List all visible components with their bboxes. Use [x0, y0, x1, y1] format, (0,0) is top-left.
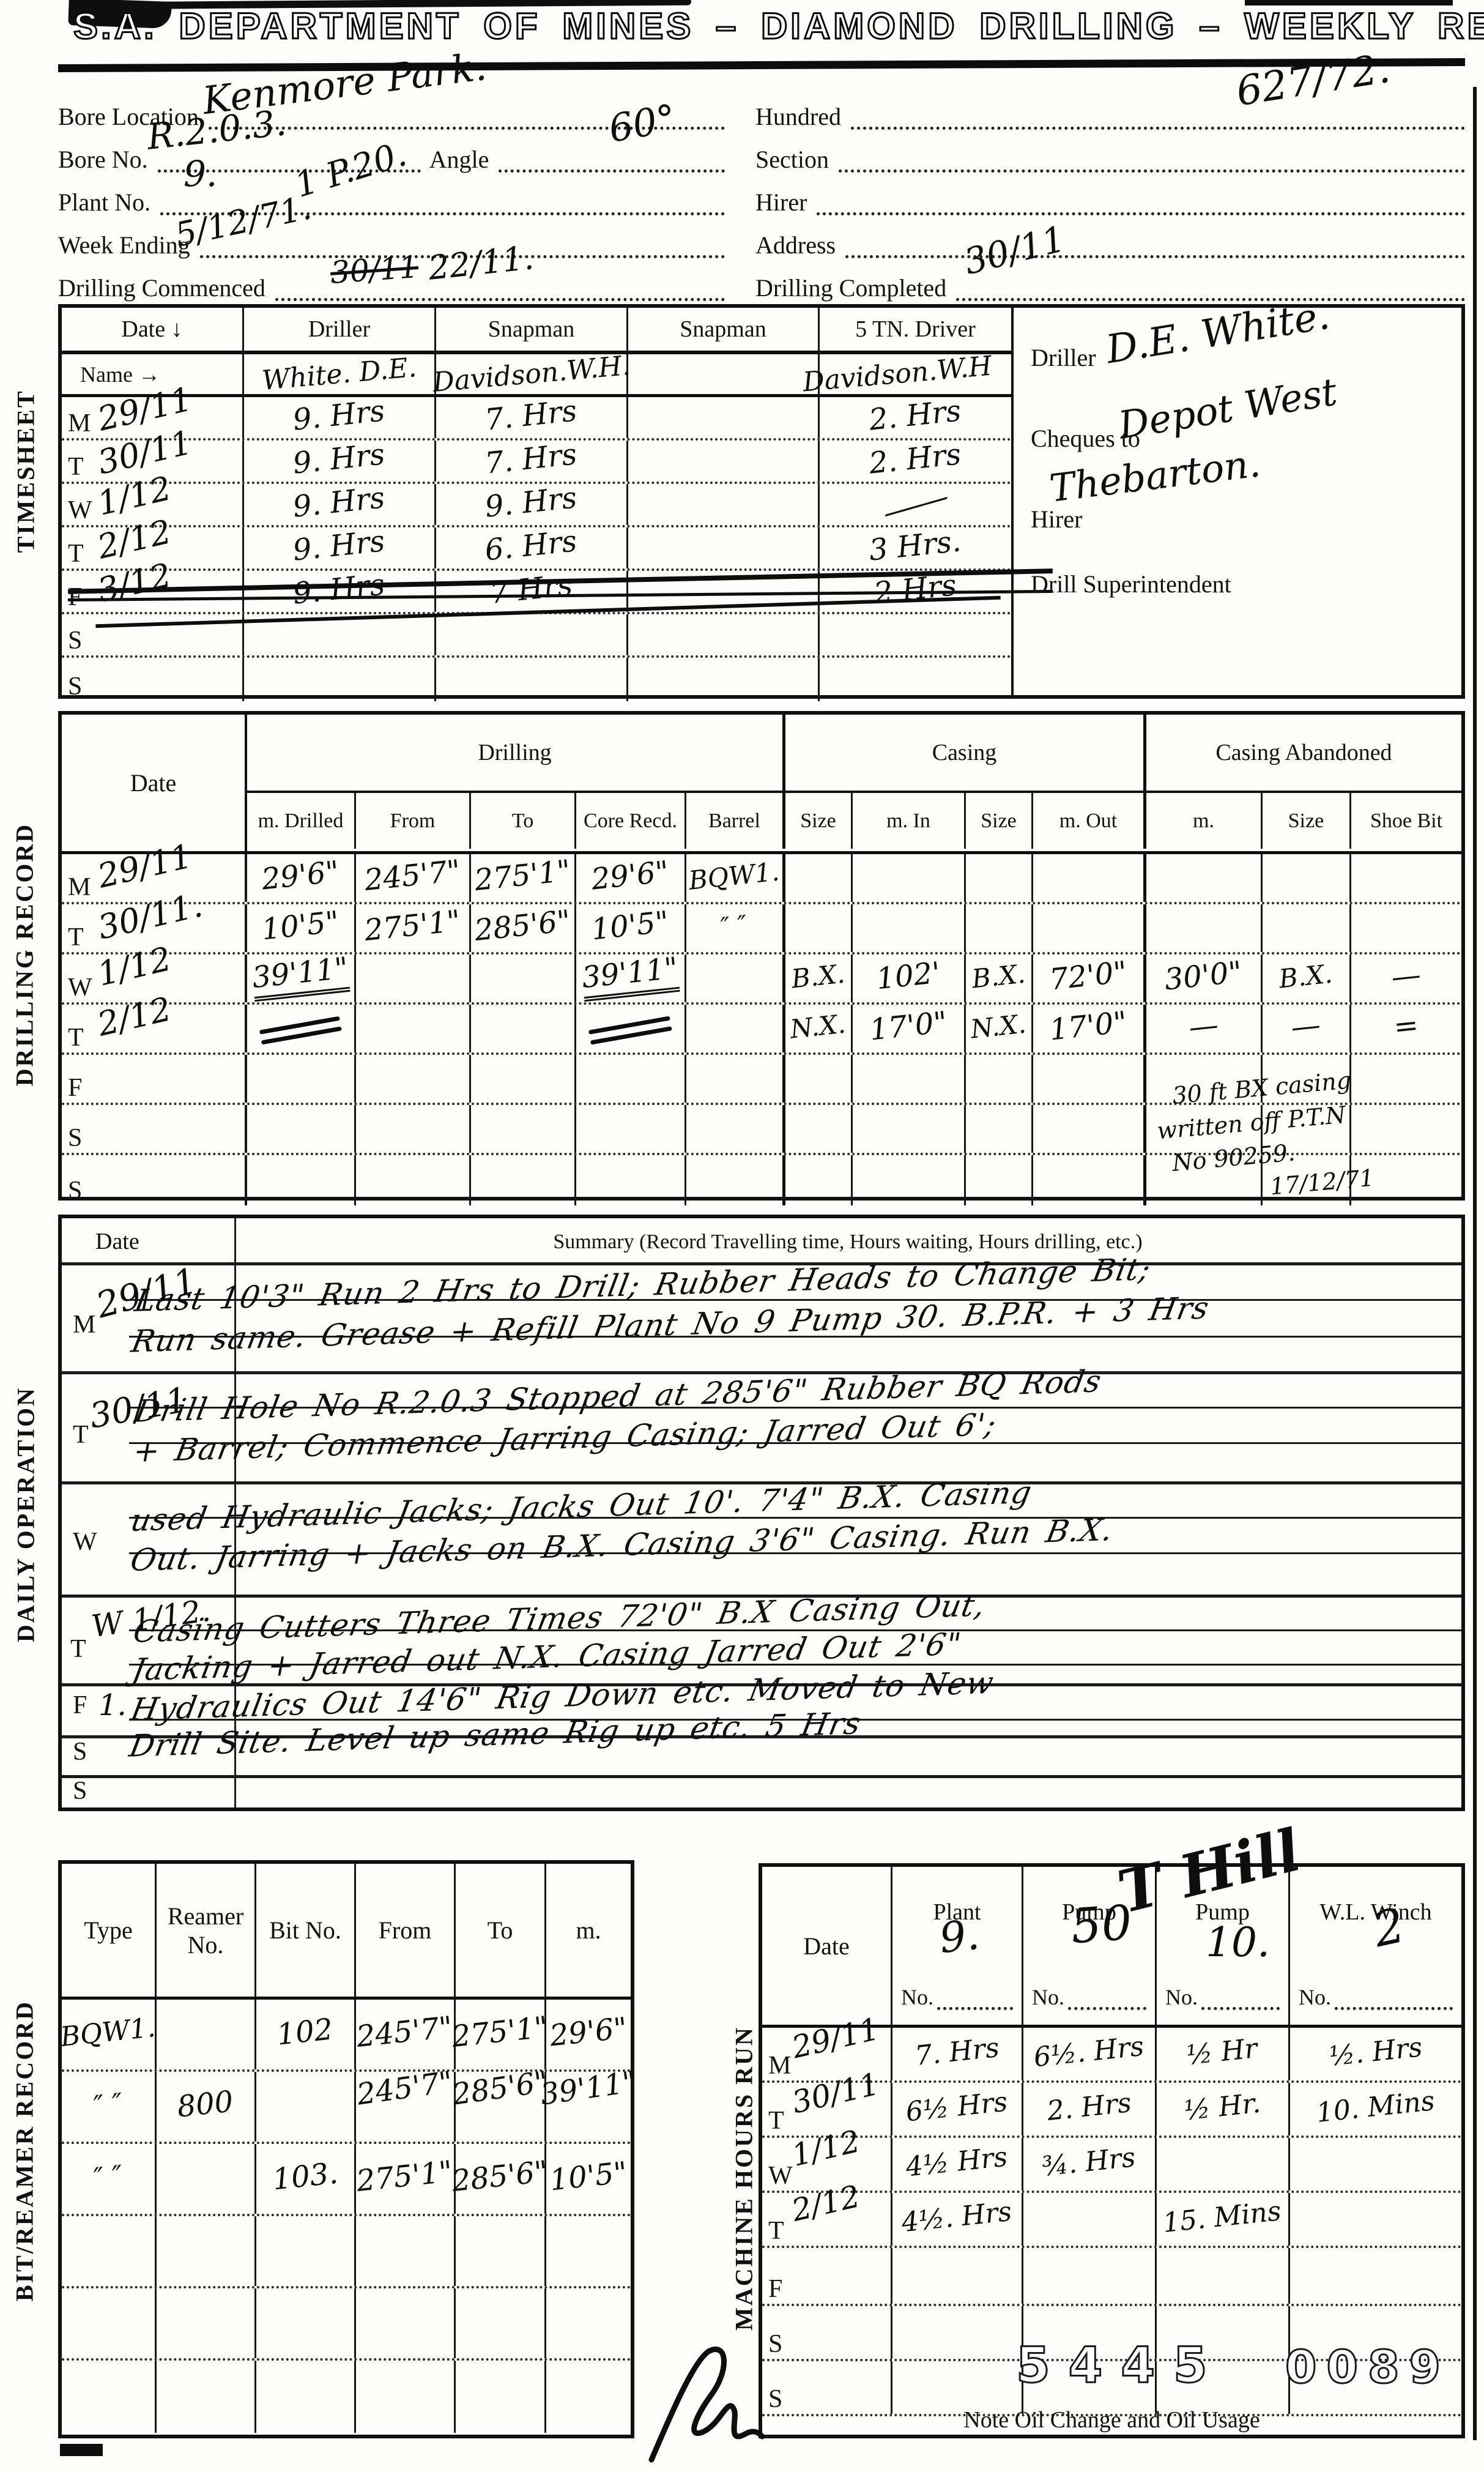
col-casing-m-in: m. In [886, 810, 930, 833]
timesheet-col-snapman-2: Snapman [680, 316, 766, 343]
hours-value: 2. Hrs [867, 393, 963, 437]
machine-hours-section-label: MACHINE HOURS RUN [730, 2026, 759, 2331]
group-drilling: Drilling [478, 739, 551, 766]
bit-reamer-row [62, 2361, 631, 2433]
col-m: m. [576, 1916, 601, 1945]
daily-operation-section-label: DAILY OPERATION [12, 1387, 40, 1642]
bit-reamer-row: ″ ″ 103. 275'1" 285'6" 10'5" [62, 2144, 631, 2216]
bit-reamer-row [62, 2216, 631, 2288]
field-plant-no: Plant No. [58, 184, 725, 215]
hours-value: 3 Hrs. [867, 524, 963, 567]
col-from: From [379, 1916, 432, 1945]
machine-hours-section: Date Plant No. Pump No. Pump No. W.L. Wi… [759, 1863, 1465, 2438]
field-section: Section [755, 141, 1465, 173]
day-letter: W [68, 496, 92, 525]
day-letter: T [768, 2106, 784, 2135]
drilling-completed-label: Drilling Completed [755, 275, 952, 301]
timesheet-col-snapman-1: Snapman [488, 316, 574, 343]
casing-size-value: N.X. [969, 1008, 1027, 1044]
timesheet-col-driller: Driller [308, 316, 370, 343]
barrel-value: ″ ″ [719, 910, 748, 941]
col-abandoned-size: Size [1288, 810, 1324, 833]
section-label: Section [755, 147, 835, 173]
barrel-value: BQW1. [688, 856, 781, 895]
dotted-line [937, 2002, 1013, 2010]
casing-size-value: N.X. [788, 1008, 847, 1044]
casing-in-value: 17'0" [868, 1005, 949, 1048]
type-value: ″ ″ [92, 2087, 124, 2121]
daily-operation-section: Date Summary (Record Travelling time, Ho… [58, 1215, 1465, 1811]
machine-hours-row: F [762, 2248, 1461, 2306]
hours-value: — [877, 478, 954, 531]
to-value: 275'1" [473, 854, 572, 898]
day-letter: S [68, 672, 82, 701]
daily-date-header: Date [95, 1228, 139, 1255]
machine-date-header: Date [803, 1932, 850, 1960]
hours-value: 9. Hrs [483, 480, 579, 524]
to-value: 285'6" [473, 904, 572, 948]
field-hirer: Hirer [755, 184, 1465, 215]
timesheet-row: M29/11 9. Hrs 7. Hrs 2. Hrs [62, 397, 1011, 441]
day-letter: T [68, 452, 84, 482]
name-label: Name → [80, 362, 160, 387]
hours-value: 2. Hrs [867, 437, 963, 480]
hirer-label: Hirer [755, 190, 813, 215]
casing-in-value: 102' [875, 956, 942, 997]
snapman-name: Davidson.W.H. [431, 350, 631, 398]
plant-no-value: 9. [184, 153, 217, 195]
timesheet-row: W1/12 9. Hrs 9. Hrs — [62, 484, 1011, 527]
side-hirer-label: Hirer [1031, 505, 1082, 534]
scan-mark-bottom-left [60, 2444, 103, 2456]
m-value: 10'5" [548, 2156, 629, 2198]
from-value: 275'1" [355, 2154, 454, 2198]
hours-value: 9. Hrs [291, 480, 387, 524]
from-value: 245'7" [363, 854, 462, 898]
hours-value: 9. Hrs [291, 437, 387, 480]
side-superintendent-label: Drill Superintendent [1031, 570, 1231, 598]
drilling-commenced-struck-value: 30/11 [329, 249, 420, 291]
plant-hours: 4½ Hrs [905, 2141, 1009, 2183]
drilling-row: M29/11 29'6" 245'7" 275'1" 29'6" BQW1. [62, 854, 1461, 904]
col-to: To [488, 1916, 513, 1945]
date-value: 1. [98, 1688, 127, 1722]
timesheet-header-row: Date ↓ Driller Snapman Snapman 5 TN. Dri… [62, 308, 1011, 354]
type-value: BQW1. [59, 2012, 157, 2053]
signature-scribble [636, 2337, 771, 2469]
scratch-mark [588, 1016, 672, 1046]
side-cheques-value-line1: Depot West [1116, 369, 1340, 447]
day-letter: S [73, 1776, 87, 1807]
plant-no-label: Plant No. [58, 190, 157, 215]
casing-out-value: 72'0" [1048, 955, 1129, 997]
side-driller-label: Driller [1031, 343, 1096, 372]
scanned-weekly-report: S.A. DEPARTMENT OF MINES – DIAMOND DRILL… [0, 0, 1484, 2472]
dotted-line [499, 165, 725, 173]
dotted-line [1335, 2002, 1453, 2010]
day-letter: T [68, 923, 84, 952]
pump50-hours: 6½. Hrs [1033, 2030, 1146, 2073]
dotted-line [1068, 2002, 1146, 2010]
reamer-no-value: 800 [176, 2084, 235, 2124]
no-label: No. [1032, 1984, 1064, 2010]
core-total: 39'11" [580, 950, 680, 1001]
pump50-hours: ¾. Hrs [1041, 2142, 1137, 2183]
abandoned-size-value: — [1289, 1008, 1323, 1045]
col-barrel: Barrel [708, 810, 760, 833]
scratch-mark [259, 1016, 342, 1046]
day-letter: M [68, 409, 91, 438]
hours-value: 9. Hrs [291, 524, 387, 567]
timesheet-col-date: Date ↓ [121, 316, 182, 343]
drilling-row: W1/12 39'11" 39'11" B.X. 102' B.X. 72'0"… [62, 955, 1461, 1005]
dotted-line [839, 165, 1465, 173]
day-letter: S [68, 1176, 82, 1205]
day-letter: F [768, 2274, 782, 2304]
casing-size-value: B.X. [970, 958, 1026, 994]
type-value: ″ ″ [92, 2159, 124, 2194]
casing-size-value: B.X. [790, 958, 846, 994]
core-value: 10'5" [590, 905, 670, 947]
group-casing: Casing [932, 739, 997, 766]
plant-no-value: 9. [937, 1911, 982, 1963]
drilling-row: T2/12 N.X. 17'0" N.X. 17'0" — — = [62, 1005, 1461, 1055]
bore-no-label: Bore No. [58, 147, 154, 173]
col-casing-size-out: Size [981, 810, 1017, 833]
col-abandoned-m: m. [1193, 810, 1214, 833]
daily-summary-header: Summary (Record Travelling time, Hours w… [239, 1230, 1456, 1254]
dotted-line [956, 293, 1465, 301]
pump-10-no-value: 10. [1206, 1919, 1270, 1966]
col-type: Type [84, 1916, 132, 1945]
timesheet-row: T30/11 9. Hrs 7. Hrs 2. Hrs [62, 441, 1011, 484]
pump10-hours: ½ Hr. [1182, 2087, 1262, 2126]
shoe-bit-value: — [1390, 958, 1423, 995]
bit-no-value: 102 [275, 2012, 335, 2052]
day-letter: W [68, 973, 92, 1002]
core-value: 29'6" [590, 855, 670, 897]
timesheet-row: T2/12 9. Hrs 6. Hrs 3 Hrs. [62, 527, 1011, 571]
drilling-date-header: Date [130, 769, 177, 797]
dotted-line [1201, 2002, 1280, 2010]
day-letter: S [68, 1123, 82, 1153]
to-value: 285'6" [450, 2064, 551, 2112]
day-letter: M [68, 873, 91, 902]
from-value: 275'1" [363, 904, 462, 948]
machine-hours-row: W1/12 4½ Hrs ¾. Hrs [762, 2138, 1461, 2193]
field-address: Address [755, 226, 1465, 258]
bit-reamer-section-label: BIT/REAMER RECORD [10, 2000, 39, 2301]
hours-value: 7 Hrs [488, 568, 574, 611]
driver-name: Davidson.W.H [801, 351, 993, 398]
angle-label: Angle [421, 147, 495, 173]
col-bit-no: Bit No. [269, 1916, 341, 1945]
winch-hours: ½. Hrs [1327, 2031, 1423, 2072]
bit-no-value: 103. [271, 2156, 339, 2197]
col-from: From [390, 810, 436, 833]
from-value: 245'7" [355, 2064, 455, 2112]
bit-reamer-section: Type Reamer No. Bit No. From To m. BQW1.… [58, 1860, 634, 2438]
shoe-bit-value: = [1392, 1008, 1420, 1044]
no-label: No. [901, 1984, 933, 2010]
timesheet-section-label: TIMESHEET [12, 389, 40, 553]
casing-out-value: 17'0" [1048, 1005, 1129, 1048]
address-label: Address [755, 233, 842, 258]
group-casing-abandoned: Casing Abandoned [1215, 739, 1392, 766]
hours-value: 9. Hrs [291, 393, 387, 437]
field-hundred: Hundred [755, 98, 1465, 130]
row-separator [62, 1775, 1461, 1778]
dotted-line [851, 122, 1465, 130]
col-reamer-no: Reamer No. [166, 1902, 245, 1959]
pump10-hours: ½ Hr [1185, 2033, 1260, 2071]
hundred-label: Hundred [755, 104, 847, 130]
timesheet-section: Date ↓ Driller Snapman Snapman 5 TN. Dri… [58, 304, 1465, 699]
oil-usage-note: Note Oil Change and Oil Usage [963, 2407, 1260, 2433]
m-drilled-value: 29'6" [260, 855, 341, 897]
abandoned-m-value: — [1187, 1008, 1220, 1045]
day-letter: T [768, 2216, 784, 2246]
no-label: No. [1165, 1984, 1198, 2010]
hours-value: 6. Hrs [483, 524, 579, 567]
scan-edge-line [1473, 87, 1477, 2440]
timesheet-col-driver: 5 TN. Driver [855, 316, 976, 343]
driller-name: White. D.E. [261, 352, 418, 396]
day-letter: F [68, 1073, 82, 1103]
bit-reamer-header: Type Reamer No. Bit No. From To m. [62, 1864, 631, 2000]
timesheet-row: S [62, 658, 1011, 701]
drilling-record-header: Date Drilling Casing Casing Abandoned m.… [62, 715, 1461, 854]
m-drilled-total: 39'11" [250, 950, 351, 1001]
field-drilling-completed: Drilling Completed [755, 269, 1465, 301]
col-m-drilled: m. Drilled [258, 810, 344, 833]
abandoned-m-value: 30'0" [1163, 955, 1244, 997]
drilling-commenced-label: Drilling Commenced [58, 275, 272, 301]
plant-hours: 4½. Hrs [900, 2195, 1014, 2238]
timesheet-name-row: Name → White. D.E. Davidson.W.H. Davidso… [62, 354, 1011, 397]
pump50-hours: 2. Hrs [1045, 2087, 1133, 2126]
dotted-line [817, 207, 1465, 215]
col-to: To [512, 810, 533, 833]
day-letter: M [768, 2051, 791, 2080]
machine-hours-header: Date Plant No. Pump No. Pump No. W.L. Wi… [762, 1867, 1461, 2028]
form-title: S.A. DEPARTMENT OF MINES – DIAMOND DRILL… [73, 5, 1419, 47]
meter-stamp-left: 5445 [1016, 2337, 1226, 2394]
m-value: 39'11" [538, 2064, 639, 2112]
col-core-recd: Core Recd. [584, 810, 677, 833]
abandoned-size-value: B.X. [1278, 958, 1334, 994]
from-value: 245'7" [355, 2010, 454, 2054]
bit-reamer-row: ″ ″ 800 245'7" 285'6" 39'11" [62, 2072, 631, 2144]
m-drilled-value: 10'5" [260, 905, 341, 947]
hours-value: 7. Hrs [483, 437, 579, 480]
col-shoe-bit: Shoe Bit [1370, 810, 1442, 833]
day-letter: T [68, 539, 84, 568]
to-value: 285'6" [450, 2154, 549, 2198]
machine-hours-row: T30/11 6½ Hrs 2. Hrs ½ Hr. 10. Mins [762, 2083, 1461, 2138]
day-letter: F [68, 583, 82, 612]
day-letter: T [68, 1023, 84, 1052]
plant-hours: 6½ Hrs [905, 2086, 1009, 2128]
no-label: No. [1299, 1984, 1331, 2010]
bit-reamer-row: BQW1. 102 245'7" 275'1" 29'6" [62, 2000, 631, 2072]
dotted-line [275, 293, 725, 301]
hours-value: 7. Hrs [483, 393, 579, 437]
plant-hours: 7. Hrs [913, 2031, 1001, 2071]
m-value: 29'6" [548, 2011, 629, 2053]
side-driller-value: D.E. White. [1103, 293, 1332, 373]
machine-hours-row: T2/12 4½. Hrs 15. Mins [762, 2193, 1461, 2248]
drilling-record-section: Date Drilling Casing Casing Abandoned m.… [58, 711, 1465, 1201]
day-letter: S [68, 626, 82, 655]
col-casing-m-out: m. Out [1059, 810, 1117, 833]
timesheet-table: Date ↓ Driller Snapman Snapman 5 TN. Dri… [62, 308, 1011, 695]
oil-note-wrap: Note Oil Change and Oil Usage [762, 2407, 1461, 2433]
col-casing-size-in: Size [800, 810, 836, 833]
timesheet-side-panel: Driller D.E. White. Cheques to Depot Wes… [1011, 308, 1461, 695]
day-letter: W [768, 2161, 793, 2191]
pump10-hours: 15. Mins [1162, 2195, 1283, 2239]
dotted-line [845, 250, 1465, 258]
drilling-record-section-label: DRILLING RECORD [10, 823, 39, 1087]
meter-stamp-right: 0089 [1285, 2341, 1450, 2394]
winch-hours: 10. Mins [1315, 2085, 1436, 2129]
drilling-row: T30/11. 10'5" 275'1" 285'6" 10'5" ″ ″ [62, 904, 1461, 955]
bit-reamer-row [62, 2288, 631, 2361]
to-value: 275'1" [450, 2010, 549, 2054]
